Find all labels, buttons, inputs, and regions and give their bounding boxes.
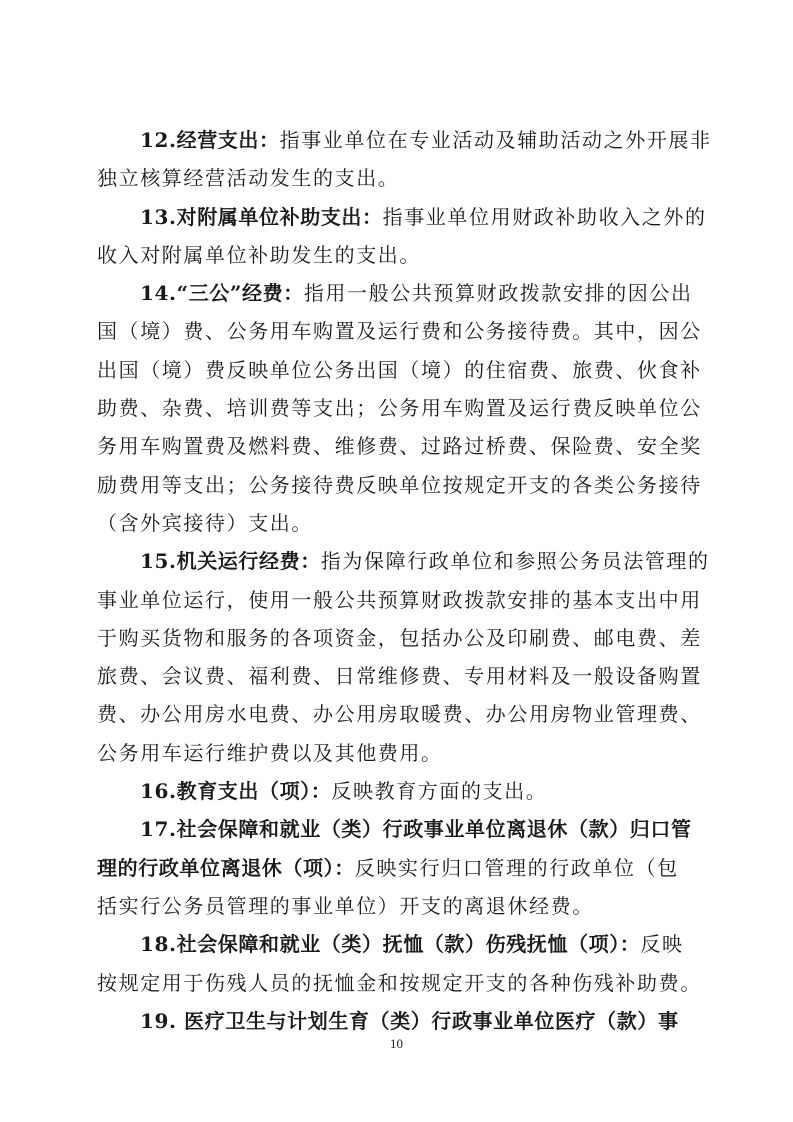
definition-text: 指事业单位在专业活动及辅助活动之外开展非 <box>280 128 712 152</box>
term-heading: 15.机关运行经费： <box>140 549 321 573</box>
text-line: 17.社会保障和就业（类）行政事业单位离退休（款）归口管 <box>97 810 697 848</box>
definition-text: 于购买货物和服务的各项资金，包括办公及印刷费、邮电费、差 <box>97 626 702 650</box>
definition-paragraph: 19. 医疗卫生与计划生育（类）行政事业单位医疗（款）事 <box>97 1002 697 1040</box>
term-heading: 14.“三公”经费： <box>140 281 304 305</box>
definition-text: 费、办公用房水电费、办公用房取暖费、办公用房物业管理费、 <box>97 702 702 726</box>
document-page-body: 12.经营支出：指事业单位在专业活动及辅助活动之外开展非独立核算经营活动发生的支… <box>97 121 697 1040</box>
text-line: 助费、杂费、培训费等支出；公务用车购置及运行费反映单位公 <box>97 389 697 427</box>
definition-text: 公务用车运行维护费以及其他费用。 <box>97 741 443 765</box>
text-line: 于购买货物和服务的各项资金，包括办公及印刷费、邮电费、差 <box>97 619 697 657</box>
text-line: 收入对附属单位补助发生的支出。 <box>97 236 697 274</box>
text-line: 19. 医疗卫生与计划生育（类）行政事业单位医疗（款）事 <box>97 1002 697 1040</box>
definition-text: （含外宾接待）支出。 <box>97 511 313 535</box>
definition-text: 国（境）费、公务用车购置及运行费和公务接待费。其中，因公 <box>97 319 702 343</box>
definition-text: 括实行公务员管理的事业单位）开支的离退休经费。 <box>97 894 594 918</box>
text-line: 18.社会保障和就业（类）抚恤（款）伤残抚恤（项）：反映 <box>97 925 697 963</box>
text-line: 理的行政单位离退休（项）：反映实行归口管理的行政单位（包 <box>97 849 697 887</box>
text-line: 16.教育支出（项）：反映教育方面的支出。 <box>97 772 697 810</box>
term-heading: 19. 医疗卫生与计划生育（类）行政事业单位医疗（款）事 <box>140 1009 679 1033</box>
definition-text: 指事业单位用财政补助收入之外的 <box>383 205 707 229</box>
definition-text: 按规定用于伤残人员的抚恤金和按规定开支的各种伤残补助费。 <box>97 971 702 995</box>
definition-paragraph: 13.对附属单位补助支出：指事业单位用财政补助收入之外的收入对附属单位补助发生的… <box>97 198 697 275</box>
page-number: 10 <box>0 1036 793 1052</box>
definition-text: 出国（境）费反映单位公务出国（境）的住宿费、旅费、伙食补 <box>97 358 702 382</box>
text-line: 出国（境）费反映单位公务出国（境）的住宿费、旅费、伙食补 <box>97 351 697 389</box>
text-line: 按规定用于伤残人员的抚恤金和按规定开支的各种伤残补助费。 <box>97 964 697 1002</box>
definition-paragraph: 18.社会保障和就业（类）抚恤（款）伤残抚恤（项）：反映按规定用于伤残人员的抚恤… <box>97 925 697 1002</box>
text-line: 事业单位运行，使用一般公共预算财政拨款安排的基本支出中用 <box>97 581 697 619</box>
text-line: 15.机关运行经费：指为保障行政单位和参照公务员法管理的 <box>97 542 697 580</box>
definition-text: 事业单位运行，使用一般公共预算财政拨款安排的基本支出中用 <box>97 588 702 612</box>
text-line: 公务用车运行维护费以及其他费用。 <box>97 734 697 772</box>
text-line: 费、办公用房水电费、办公用房取暖费、办公用房物业管理费、 <box>97 695 697 733</box>
definition-paragraph: 15.机关运行经费：指为保障行政单位和参照公务员法管理的事业单位运行，使用一般公… <box>97 542 697 772</box>
text-line: 国（境）费、公务用车购置及运行费和公务接待费。其中，因公 <box>97 312 697 350</box>
term-heading: 12.经营支出： <box>140 128 280 152</box>
definition-text: 收入对附属单位补助发生的支出。 <box>97 243 421 267</box>
definition-text: 励费用等支出；公务接待费反映单位按规定开支的各类公务接待 <box>97 473 702 497</box>
definition-paragraph: 14.“三公”经费：指用一般公共预算财政拨款安排的因公出国（境）费、公务用车购置… <box>97 274 697 542</box>
definition-text: 反映实行归口管理的行政单位（包 <box>355 856 679 880</box>
text-line: 14.“三公”经费：指用一般公共预算财政拨款安排的因公出 <box>97 274 697 312</box>
text-line: 独立核算经营活动发生的支出。 <box>97 159 697 197</box>
definition-text: 独立核算经营活动发生的支出。 <box>97 166 399 190</box>
text-line: （含外宾接待）支出。 <box>97 504 697 542</box>
term-heading: 13.对附属单位补助支出： <box>140 205 383 229</box>
text-line: 13.对附属单位补助支出：指事业单位用财政补助收入之外的 <box>97 198 697 236</box>
term-heading: 18.社会保障和就业（类）抚恤（款）伤残抚恤（项）： <box>140 932 640 956</box>
term-heading: 理的行政单位离退休（项）： <box>97 856 355 880</box>
definition-text: 务用车购置费及燃料费、维修费、过路过桥费、保险费、安全奖 <box>97 434 702 458</box>
definition-paragraph: 12.经营支出：指事业单位在专业活动及辅助活动之外开展非独立核算经营活动发生的支… <box>97 121 697 198</box>
text-line: 旅费、会议费、福利费、日常维修费、专用材料及一般设备购置 <box>97 657 697 695</box>
definition-text: 指为保障行政单位和参照公务员法管理的 <box>321 549 710 573</box>
definition-text: 指用一般公共预算财政拨款安排的因公出 <box>304 281 693 305</box>
text-line: 12.经营支出：指事业单位在专业活动及辅助活动之外开展非 <box>97 121 697 159</box>
definition-paragraph: 17.社会保障和就业（类）行政事业单位离退休（款）归口管理的行政单位离退休（项）… <box>97 810 697 925</box>
definition-text: 反映 <box>640 932 683 956</box>
text-line: 励费用等支出；公务接待费反映单位按规定开支的各类公务接待 <box>97 466 697 504</box>
text-line: 括实行公务员管理的事业单位）开支的离退休经费。 <box>97 887 697 925</box>
definition-text: 反映教育方面的支出。 <box>331 779 547 803</box>
definition-text: 旅费、会议费、福利费、日常维修费、专用材料及一般设备购置 <box>97 664 702 688</box>
definition-paragraph: 16.教育支出（项）：反映教育方面的支出。 <box>97 772 697 810</box>
term-heading: 16.教育支出（项）： <box>140 779 331 803</box>
term-heading: 17.社会保障和就业（类）行政事业单位离退休（款）归口管 <box>140 817 692 841</box>
text-line: 务用车购置费及燃料费、维修费、过路过桥费、保险费、安全奖 <box>97 427 697 465</box>
definition-text: 助费、杂费、培训费等支出；公务用车购置及运行费反映单位公 <box>97 396 702 420</box>
